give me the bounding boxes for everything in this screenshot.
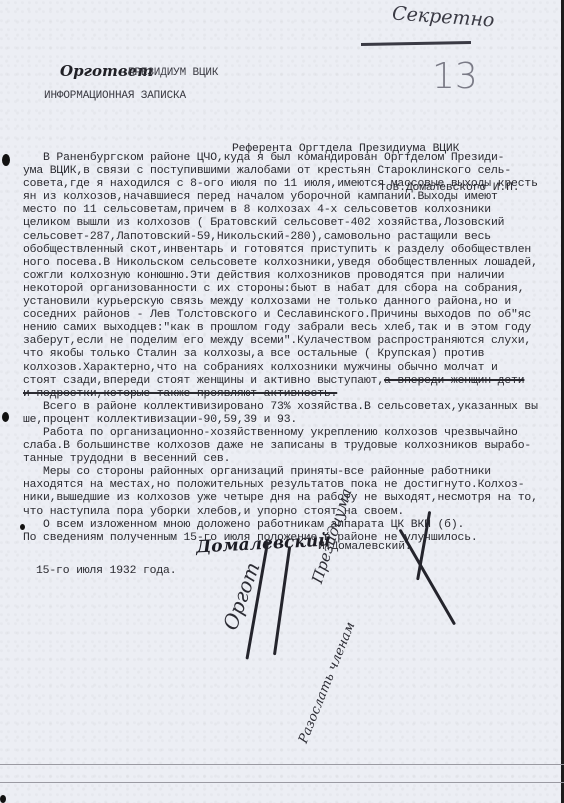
- memo-line: В Раненбургском районе ЦЧО,куда я был ко…: [23, 152, 538, 165]
- memo-line: колхозов.Характерно,что на собраниях кол…: [23, 362, 538, 375]
- memo-line: установили курьерскую связь между колхоз…: [23, 296, 538, 309]
- memo-line: нению самих выходцев:"как в прошлом году…: [23, 322, 538, 335]
- memo-line: Всего в районе коллективизировано 73% хо…: [23, 401, 538, 414]
- memo-line: стоят сзади,впереди стоят женщины и акти…: [23, 375, 538, 388]
- page-number: 13: [432, 56, 478, 97]
- memo-line: совета,где я находился с 8-ого июля по 1…: [23, 178, 538, 191]
- document-type-title: ИНФОРМАЦИОННАЯ ЗАПИСКА: [44, 90, 186, 103]
- binder-hole-mark: [2, 412, 9, 422]
- header-organization: ПРЕЗИДИУМ ВЦИК: [128, 67, 218, 80]
- document-date: 15-го июля 1932 года.: [36, 565, 176, 578]
- memo-line: ума ВЦИК,в связи с поступившими жалобами…: [23, 165, 538, 178]
- memo-line: некоторой организованности с их стороны:…: [23, 283, 538, 296]
- memo-line: целиком вышли из колхозов ( Братовский с…: [23, 217, 538, 230]
- memo-line: находятся на местах,но положительных рез…: [23, 479, 538, 492]
- binder-hole-mark: [2, 154, 10, 166]
- memo-line: Работа по организационно-хозяйственному …: [23, 427, 538, 440]
- memo-line: соседних районов - Лев Толстовского и Се…: [23, 309, 538, 322]
- struck-text: и подростки,которые также проявляют акти…: [23, 388, 337, 400]
- memo-line: танные трудодни в весенний сев.: [23, 453, 538, 466]
- memo-line: Меры со стороны районных организаций при…: [23, 466, 538, 479]
- memo-line: ники,вышедшие из колхозов уже четыре дня…: [23, 492, 538, 505]
- struck-text: а впереди женщин дети: [384, 375, 524, 387]
- binder-hole-mark: [20, 524, 25, 530]
- memo-line: ного посева.В Никольском сельсовете колх…: [23, 257, 538, 270]
- memo-line: сожгли колхозную конюшню.Эти действия ко…: [23, 270, 538, 283]
- memo-line-text: стоят сзади,впереди стоят женщины и акти…: [23, 375, 384, 387]
- memo-line: место по 11 сельсоветам,причем в 8 колхо…: [23, 204, 538, 217]
- memo-line: заберут,если не поделим его между всеми"…: [23, 335, 538, 348]
- memo-line: слаба.В большинстве колхозов даже не зап…: [23, 440, 538, 453]
- memo-line: обобществленный скот,инвентарь и готовят…: [23, 244, 538, 257]
- memo-line: и подростки,которые также проявляют акти…: [23, 388, 538, 401]
- memo-line: О всем изложенном мною доложено работник…: [23, 519, 538, 532]
- memo-line: сельсовет-287,Лапотовский-59,Никольский-…: [23, 231, 538, 244]
- scan-line: [0, 782, 564, 783]
- scan-line: [0, 764, 564, 765]
- memo-body: В Раненбургском районе ЦЧО,куда я был ко…: [23, 152, 538, 545]
- memo-line: ше,процент коллективизации-90,59,39 и 93…: [23, 414, 538, 427]
- memo-line: что якобы только Сталин за колхозы,а все…: [23, 348, 538, 361]
- memo-line: ян из колхозов,начавшиеся перед началом …: [23, 191, 538, 204]
- memo-line: что наступила пора уборки хлебов,и упорн…: [23, 506, 538, 519]
- binder-hole-mark: [0, 795, 6, 803]
